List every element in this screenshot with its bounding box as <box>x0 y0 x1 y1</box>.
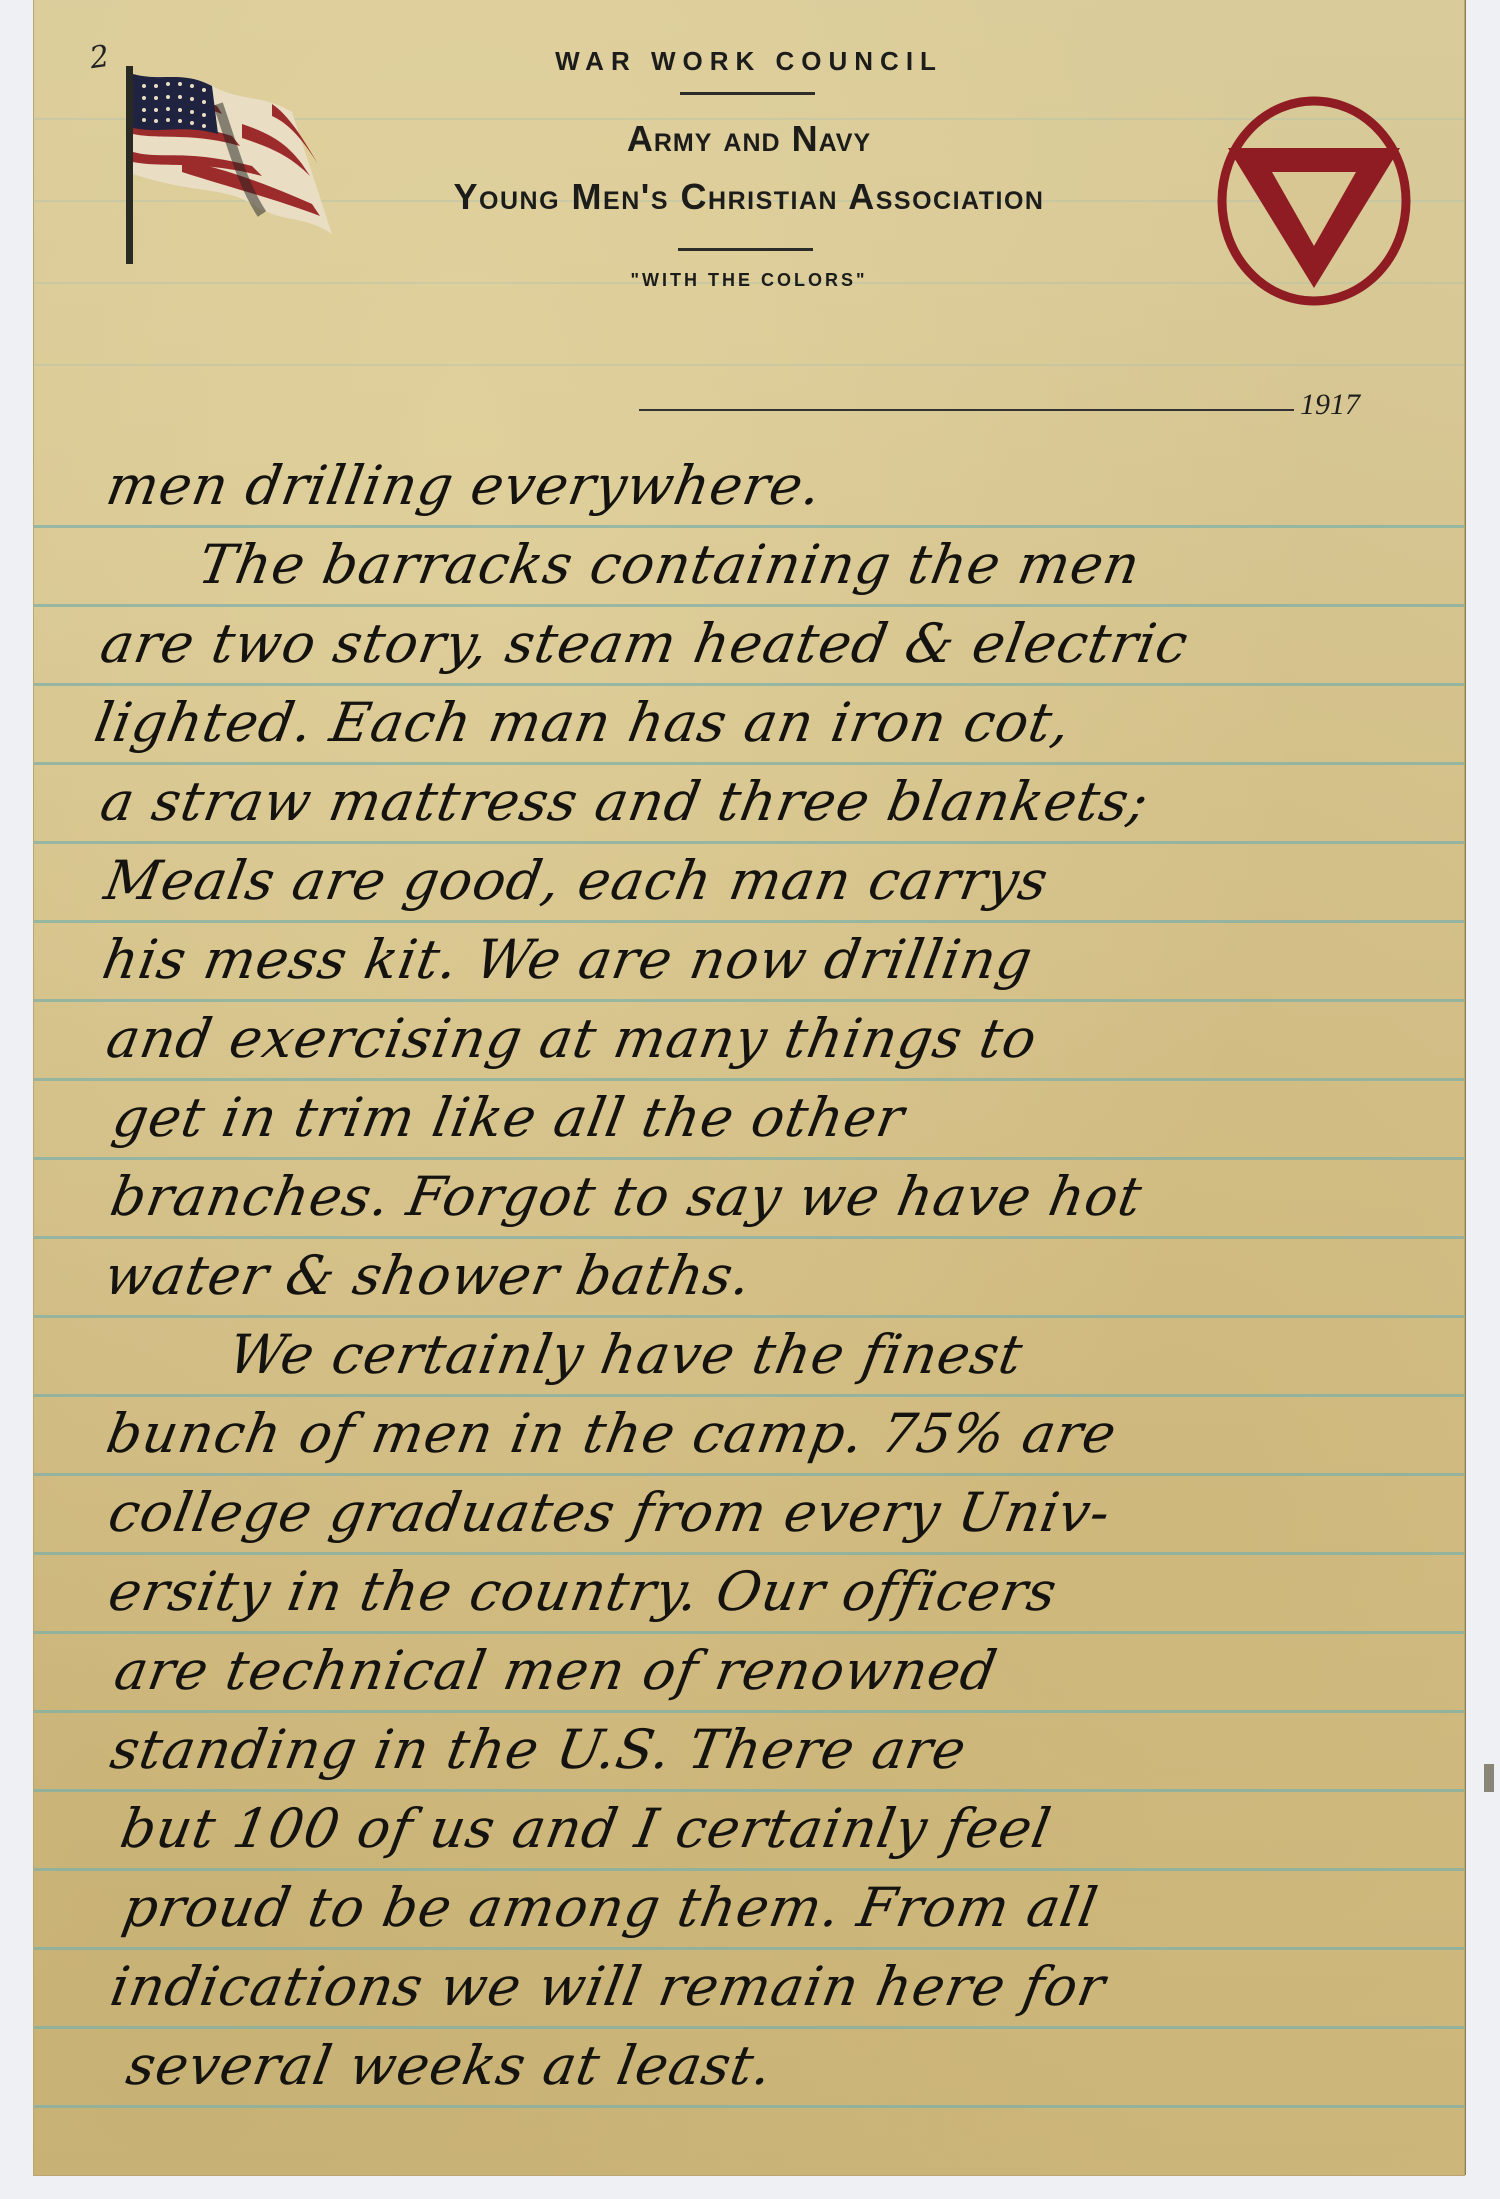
ruled-line <box>34 1947 1464 1950</box>
handwritten-line: a straw mattress and three blankets; <box>96 770 1154 833</box>
handwritten-line: water & shower baths. <box>100 1244 757 1307</box>
handwritten-line: college graduates from every Univ- <box>104 1481 1116 1544</box>
ruled-line <box>34 1236 1464 1239</box>
ruled-line <box>34 920 1464 923</box>
ruled-line <box>34 1315 1464 1318</box>
handwritten-line: branches. Forgot to say we have hot <box>106 1165 1147 1228</box>
handwritten-line: bunch of men in the camp. 75% are <box>102 1402 1122 1465</box>
ruled-line <box>34 525 1464 528</box>
letterhead-divider <box>678 248 813 251</box>
handwritten-line: but 100 of us and I certainly feel <box>116 1797 1056 1860</box>
handwritten-line: and exercising at many things to <box>102 1007 1042 1070</box>
ruled-line <box>34 999 1464 1002</box>
ruled-line <box>34 2105 1464 2108</box>
handwritten-line: several weeks at least. <box>122 2034 777 2097</box>
handwritten-line: standing in the U.S. There are <box>106 1718 971 1781</box>
handwritten-line: are two story, steam heated & electric <box>96 612 1193 675</box>
ruled-line <box>34 1394 1464 1397</box>
ruled-line <box>34 1157 1464 1160</box>
handwritten-line: Meals are good, each man carrys <box>100 849 1053 912</box>
handwritten-line: get in trim like all the other <box>108 1086 910 1149</box>
handwritten-line: indications we will remain here for <box>106 1955 1110 2018</box>
ruled-line <box>34 1710 1464 1713</box>
ruled-line <box>34 1789 1464 1792</box>
date-year: 1917 <box>1300 388 1360 422</box>
ruled-line <box>34 762 1464 765</box>
ymca-triangle-emblem-icon <box>1214 96 1414 311</box>
handwritten-line: are technical men of renowned <box>110 1639 1002 1702</box>
ruled-line <box>34 604 1464 607</box>
ruled-line <box>34 1552 1464 1555</box>
handwritten-line: The barracks containing the men <box>194 533 1145 596</box>
scan-artifact <box>1484 1764 1494 1792</box>
handwritten-line: We certainly have the finest <box>224 1323 1028 1386</box>
ruled-line <box>34 1078 1464 1081</box>
handwritten-line: proud to be among them. From all <box>118 1876 1103 1939</box>
handwritten-line: men drilling everywhere. <box>102 454 827 517</box>
letterhead-council: WAR WORK COUNCIL <box>34 46 1464 77</box>
ruled-line <box>34 841 1464 844</box>
ruled-line <box>34 2026 1464 2029</box>
date-line <box>639 409 1294 411</box>
handwritten-line: his mess kit. We are now drilling <box>98 928 1038 991</box>
us-flag-icon <box>122 64 342 279</box>
ruled-line <box>34 1631 1464 1634</box>
ruled-line <box>34 364 1464 366</box>
ruled-line <box>34 683 1464 686</box>
letter-page: 2 WAR WORK COUNC <box>34 0 1464 2175</box>
ruled-line <box>34 1473 1464 1476</box>
letterhead-divider <box>680 92 815 95</box>
handwritten-line: ersity in the country. Our officers <box>104 1560 1062 1623</box>
ruled-line <box>34 1868 1464 1871</box>
handwritten-line: lighted. Each man has an iron cot, <box>90 691 1076 754</box>
